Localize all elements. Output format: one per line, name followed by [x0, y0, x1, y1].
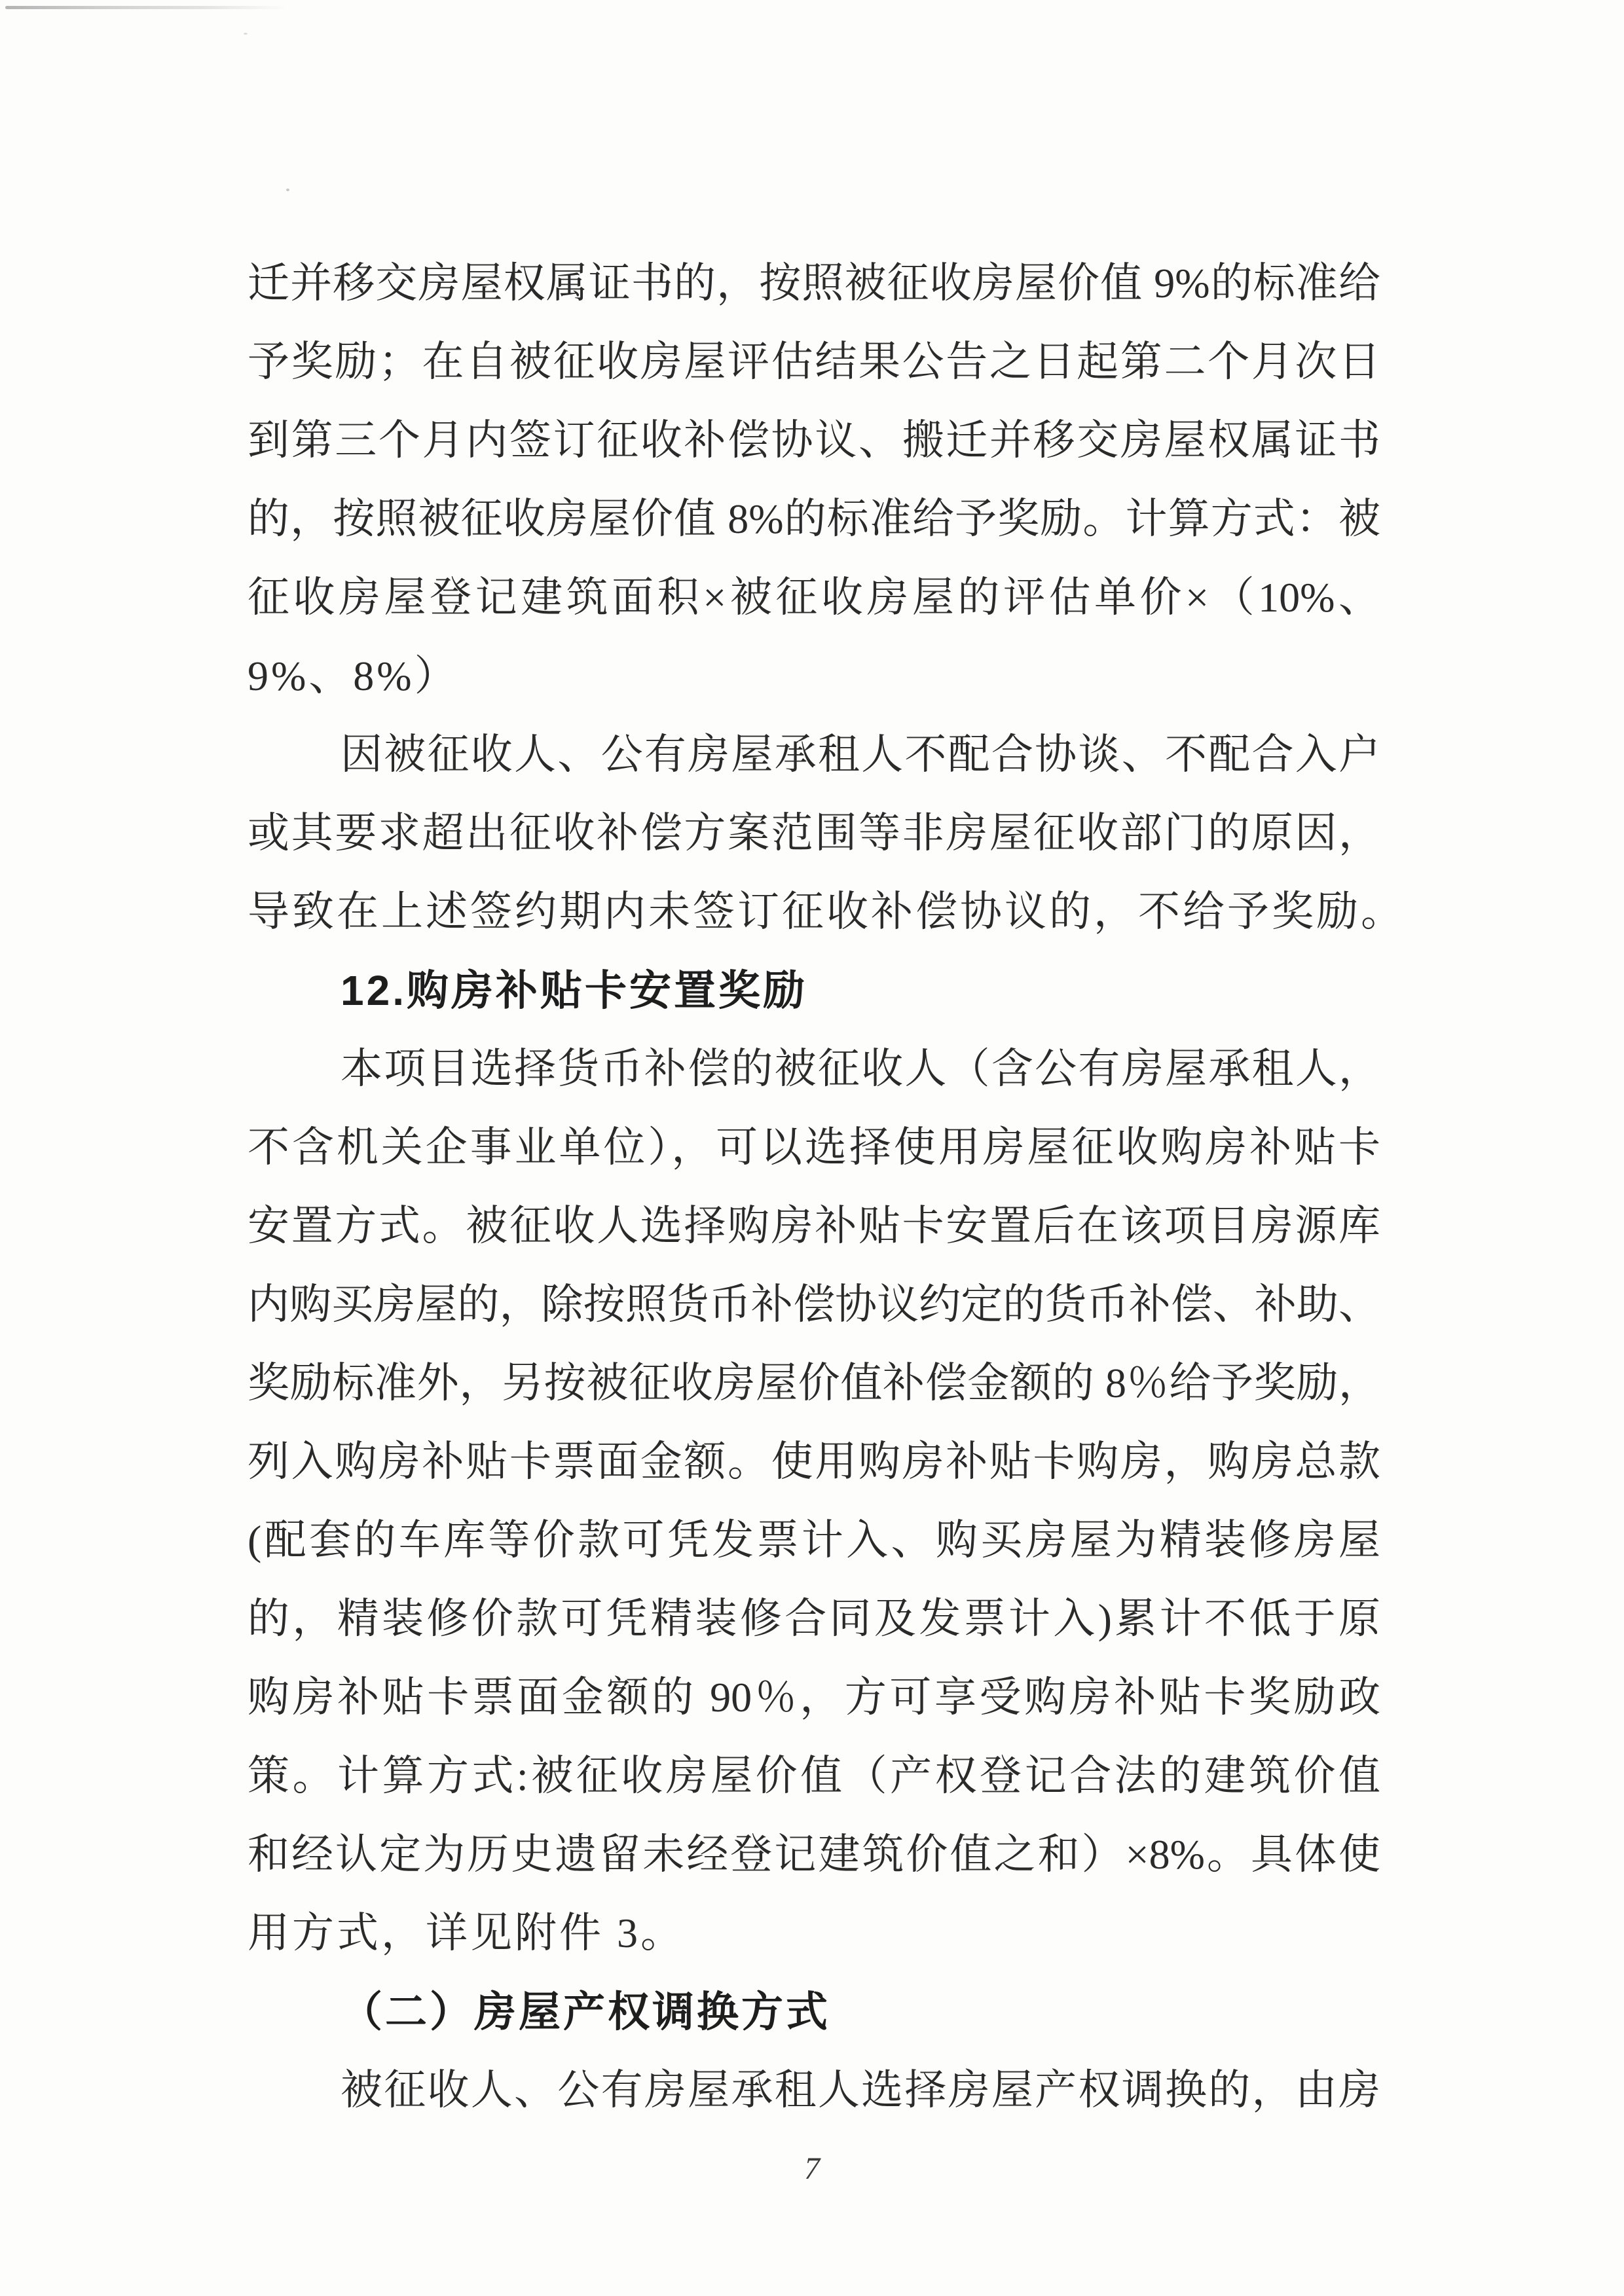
- scan-speck: [286, 189, 289, 191]
- text-line: 或其要求超出征收补偿方案范围等非房屋征收部门的原因，: [248, 794, 1380, 873]
- text-line: 购房补贴卡票面金额的 90％，方可享受购房补贴卡奖励政: [248, 1658, 1380, 1737]
- heading-line: 12.购房补贴卡安置奖励: [248, 951, 1380, 1030]
- text-block: 迁并移交房屋权属证书的，按照被征收房屋价值 9%的标准给予奖励；在自被征收房屋评…: [248, 244, 1380, 2130]
- text-line: 策。计算方式:被征收房屋价值（产权登记合法的建筑价值: [248, 1737, 1380, 1815]
- scan-streak-artifact: [5, 6, 287, 9]
- text-line: 9%、8%）: [248, 637, 1380, 716]
- text-line: 和经认定为历史遗留未经登记建筑价值之和）×8%。具体使: [248, 1815, 1380, 1894]
- text-line: 被征收人、公有房屋承租人选择房屋产权调换的，由房: [248, 2051, 1380, 2130]
- text-line: 不含机关企事业单位），可以选择使用房屋征收购房补贴卡: [248, 1108, 1380, 1187]
- page-number: 7: [0, 2149, 1624, 2189]
- heading-line: （二）房屋产权调换方式: [248, 1973, 1380, 2051]
- text-line: 列入购房补贴卡票面金额。使用购房补贴卡购房，购房总款: [248, 1423, 1380, 1501]
- scan-speck: [244, 33, 248, 35]
- text-line: 奖励标准外，另按被征收房屋价值补偿金额的 8％给予奖励，: [248, 1344, 1380, 1423]
- text-line: (配套的车库等价款可凭发票计入、购买房屋为精装修房屋: [248, 1501, 1380, 1580]
- text-line: 导致在上述签约期内未签订征收补偿协议的，不给予奖励。: [248, 873, 1380, 951]
- text-line: 用方式，详见附件 3。: [248, 1894, 1380, 1973]
- text-line: 安置方式。被征收人选择购房补贴卡安置后在该项目房源库: [248, 1187, 1380, 1266]
- document-page: 迁并移交房屋权属证书的，按照被征收房屋价值 9%的标准给予奖励；在自被征收房屋评…: [0, 0, 1624, 2296]
- text-line: 内购买房屋的，除按照货币补偿协议约定的货币补偿、补助、: [248, 1266, 1380, 1344]
- text-line: 征收房屋登记建筑面积×被征收房屋的评估单价×（10%、: [248, 558, 1380, 637]
- text-line: 因被征收人、公有房屋承租人不配合协谈、不配合入户: [248, 716, 1380, 794]
- text-line: 迁并移交房屋权属证书的，按照被征收房屋价值 9%的标准给: [248, 244, 1380, 323]
- text-line: 到第三个月内签订征收补偿协议、搬迁并移交房屋权属证书: [248, 401, 1380, 480]
- text-line: 予奖励；在自被征收房屋评估结果公告之日起第二个月次日: [248, 323, 1380, 401]
- text-line: 的，按照被征收房屋价值 8%的标准给予奖励。计算方式：被: [248, 480, 1380, 558]
- text-line: 的，精装修价款可凭精装修合同及发票计入)累计不低于原: [248, 1580, 1380, 1658]
- text-line: 本项目选择货币补偿的被征收人（含公有房屋承租人，: [248, 1030, 1380, 1108]
